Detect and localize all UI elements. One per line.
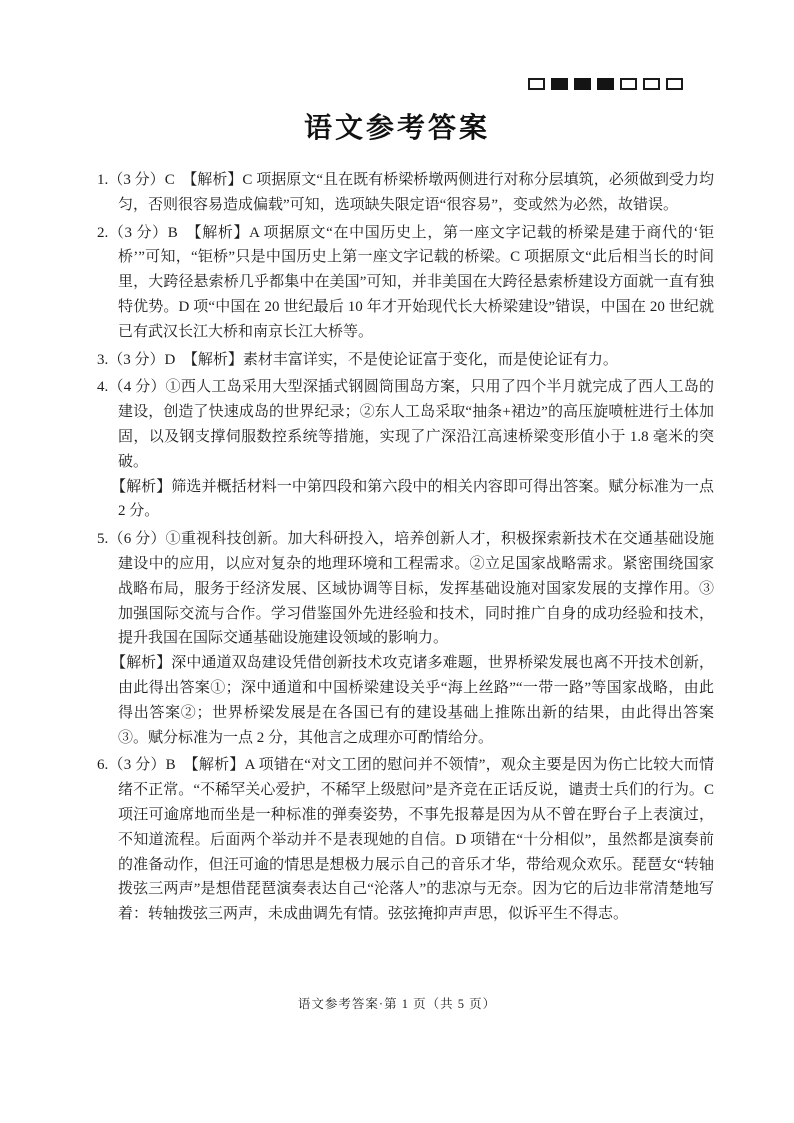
answer-key-page: 语文参考答案 1.（3 分）C 【解析】C 项据原文“且在既有桥梁桥墩两侧进行对… <box>0 0 794 1123</box>
filled-square-mark <box>597 78 614 90</box>
answer-item-6: 6.（3 分）B 【解析】A 项错在“对文工团的慰问并不领情”，观众主要是因为伤… <box>97 753 714 927</box>
answer-item-3: 3.（3 分）D 【解析】素材丰富详实，不是使论证富于变化，而是使论证有力。 <box>97 348 714 373</box>
answer-item-5: 5.（6 分）①重视科技创新。加大科研投入，培养创新人才，积极探索新技术在交通基… <box>97 527 714 750</box>
answer-item-1: 1.（3 分）C 【解析】C 项据原文“且在既有桥梁桥墩两侧进行对称分层填筑，必… <box>97 168 714 218</box>
analysis-paragraph: 【解析】深中通道双岛建设凭借创新技术攻克诸多难题，世界桥梁发展也离不开技术创新，… <box>97 651 714 750</box>
answer-paragraph: 2.（3 分）B 【解析】A 项据原文“在中国历史上，第一座文字记载的桥梁是建于… <box>97 221 714 345</box>
empty-square-mark <box>528 78 545 90</box>
page-footer: 语文参考答案·第 1 页（共 5 页） <box>0 994 794 1012</box>
page-title: 语文参考答案 <box>0 106 794 146</box>
filled-square-mark <box>551 78 568 90</box>
alignment-marks <box>528 78 683 90</box>
empty-square-mark <box>666 78 683 90</box>
empty-square-mark <box>643 78 660 90</box>
answer-paragraph: 6.（3 分）B 【解析】A 项错在“对文工团的慰问并不领情”，观众主要是因为伤… <box>97 753 714 927</box>
answer-item-4: 4.（4 分）①西人工岛采用大型深插式钢圆筒围岛方案，只用了四个半月就完成了西人… <box>97 375 714 524</box>
answer-paragraph: 3.（3 分）D 【解析】素材丰富详实，不是使论证富于变化，而是使论证有力。 <box>97 348 714 373</box>
answer-item-2: 2.（3 分）B 【解析】A 项据原文“在中国历史上，第一座文字记载的桥梁是建于… <box>97 221 714 345</box>
filled-square-mark <box>574 78 591 90</box>
answer-paragraph: 5.（6 分）①重视科技创新。加大科研投入，培养创新人才，积极探索新技术在交通基… <box>97 527 714 651</box>
answers-list: 1.（3 分）C 【解析】C 项据原文“且在既有桥梁桥墩两侧进行对称分层填筑，必… <box>97 168 714 930</box>
empty-square-mark <box>620 78 637 90</box>
analysis-paragraph: 【解析】筛选并概括材料一中第四段和第六段中的相关内容即可得出答案。赋分标准为一点… <box>97 475 714 525</box>
answer-paragraph: 4.（4 分）①西人工岛采用大型深插式钢圆筒围岛方案，只用了四个半月就完成了西人… <box>97 375 714 474</box>
answer-paragraph: 1.（3 分）C 【解析】C 项据原文“且在既有桥梁桥墩两侧进行对称分层填筑，必… <box>97 168 714 218</box>
